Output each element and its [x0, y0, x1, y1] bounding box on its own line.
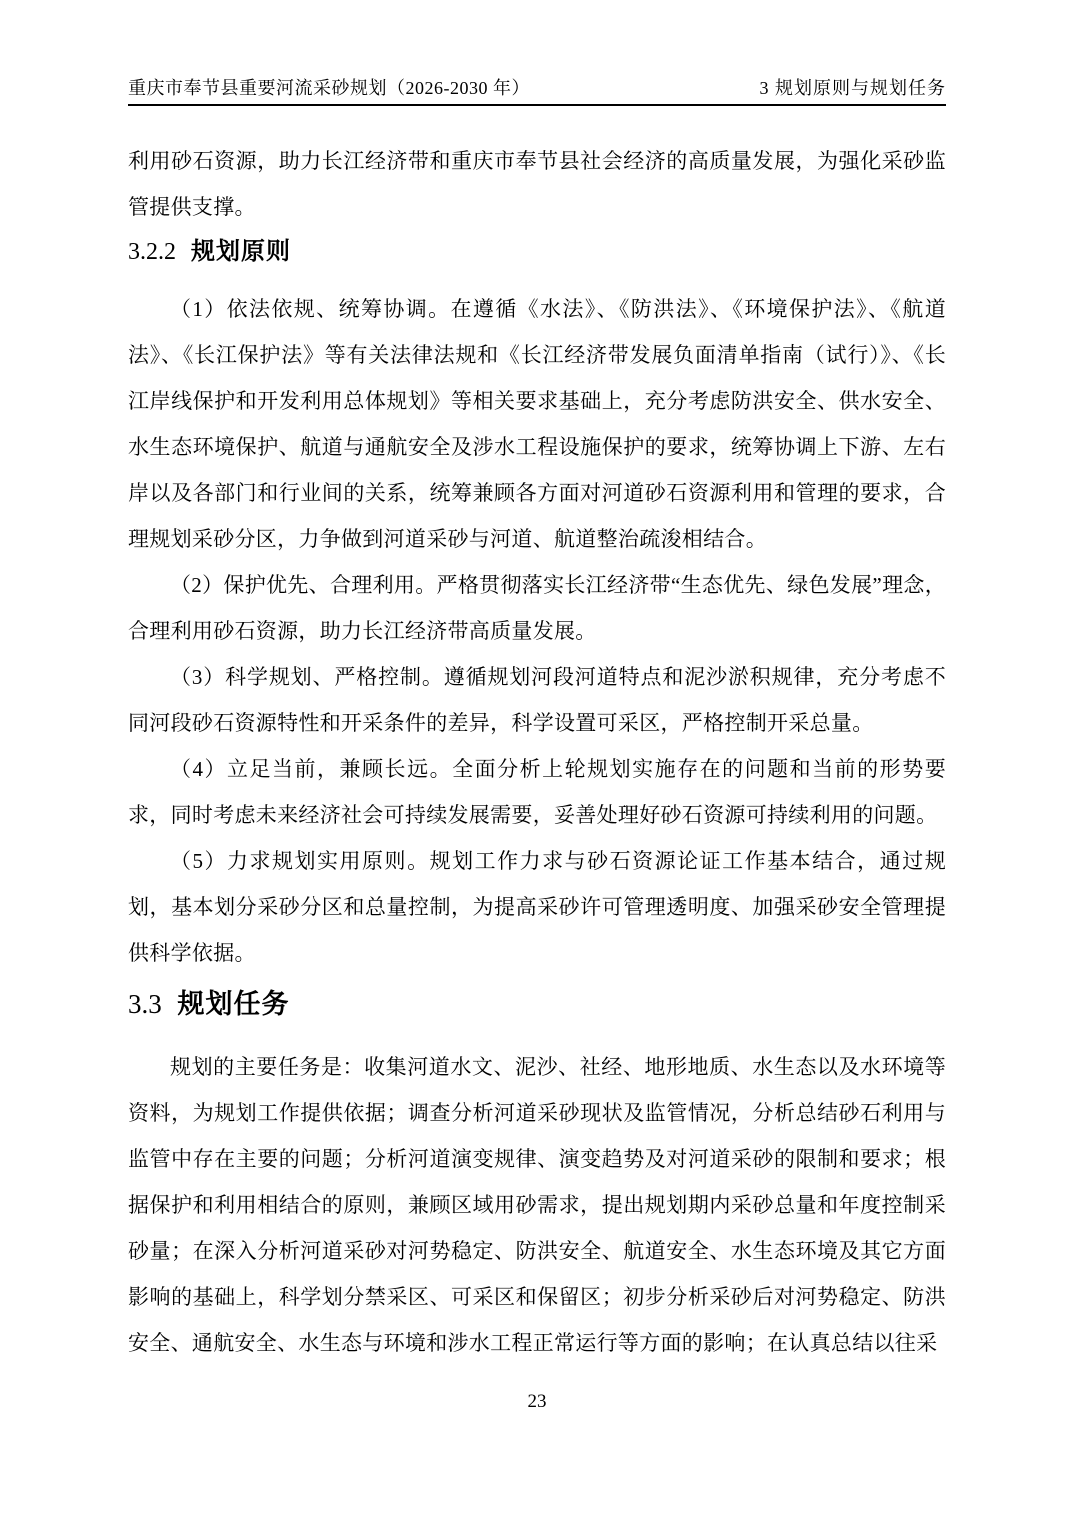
- header-section-title: 3 规划原则与规划任务: [760, 76, 947, 100]
- paragraph-intro-continued: 利用砂石资源，助力长江经济带和重庆市奉节县社会经济的高质量发展，为强化采砂监管提…: [128, 138, 946, 230]
- document-page: 重庆市奉节县重要河流采砂规划（2026-2030 年） 3 规划原则与规划任务 …: [0, 0, 1074, 1520]
- page-footer: 23: [0, 1390, 1074, 1414]
- heading-3-2-2-number: 3.2.2: [128, 239, 176, 265]
- principle-1-paragraph: （1）依法依规、统筹协调。在遵循《水法》、《防洪法》、《环境保护法》、《航道法》…: [128, 286, 946, 562]
- heading-3-3-number: 3.3: [128, 989, 162, 1019]
- heading-3-2-2: 3.2.2 规划原则: [128, 230, 946, 274]
- header-document-title: 重庆市奉节县重要河流采砂规划（2026-2030 年）: [128, 76, 530, 100]
- page-body: 利用砂石资源，助力长江经济带和重庆市奉节县社会经济的高质量发展，为强化采砂监管提…: [128, 138, 946, 1366]
- paragraph-tasks: 规划的主要任务是：收集河道水文、泥沙、社经、地形地质、水生态以及水环境等资料，为…: [128, 1044, 946, 1366]
- principle-2-paragraph: （2）保护优先、合理利用。严格贯彻落实长江经济带“生态优先、绿色发展”理念，合理…: [128, 562, 946, 654]
- heading-3-3: 3.3 规划任务: [128, 976, 946, 1032]
- principle-3-paragraph: （3）科学规划、严格控制。遵循规划河段河道特点和泥沙淤积规律，充分考虑不同河段砂…: [128, 654, 946, 746]
- heading-3-3-text: 规划任务: [178, 989, 290, 1019]
- page-number: 23: [528, 1391, 547, 1412]
- heading-3-2-2-text: 规划原则: [191, 238, 291, 265]
- page-header: 重庆市奉节县重要河流采砂规划（2026-2030 年） 3 规划原则与规划任务: [128, 76, 946, 106]
- principle-5-paragraph: （5）力求规划实用原则。规划工作力求与砂石资源论证工作基本结合，通过规划，基本划…: [128, 838, 946, 976]
- principle-4-paragraph: （4）立足当前，兼顾长远。全面分析上轮规划实施存在的问题和当前的形势要求，同时考…: [128, 746, 946, 838]
